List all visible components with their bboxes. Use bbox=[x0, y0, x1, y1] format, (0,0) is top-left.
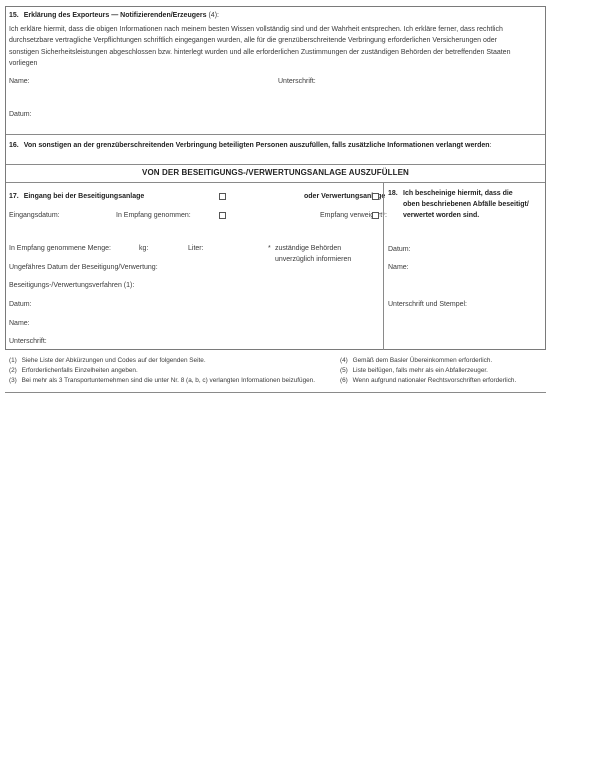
procedure-field[interactable]: Beseitigungs-/Verwertungsverfahren (1): bbox=[9, 280, 134, 291]
section-17-heading: 17. Eingang bei der Beseitigungsanlage bbox=[9, 191, 144, 202]
exporter-name-field[interactable]: Name: bbox=[9, 76, 30, 87]
colon: : bbox=[490, 142, 492, 149]
footnote-number: (5) bbox=[340, 367, 348, 374]
footnote-number: (4) bbox=[340, 357, 348, 364]
footnote-5: (5) Liste beifügen, falls mehr als ein A… bbox=[340, 366, 488, 376]
notice-line: unverzüglich informieren bbox=[275, 254, 351, 265]
footnote-number: (2) bbox=[9, 367, 17, 374]
exporter-signature-field[interactable]: Unterschrift: bbox=[278, 76, 316, 87]
footnote-number: (1) bbox=[9, 357, 17, 364]
notice-line: zuständige Behörden bbox=[275, 243, 351, 254]
receipt-date-field[interactable]: Eingangsdatum: bbox=[9, 210, 60, 221]
footnote-text: Liste beifügen, falls mehr als ein Abfal… bbox=[353, 367, 488, 374]
section-15-heading: 15. Erklärung des Exporteurs — Notifizie… bbox=[9, 10, 219, 21]
section-18-number: 18. bbox=[388, 188, 398, 199]
footnote-2: (2) Erforderlichenfalls Einzelheiten ang… bbox=[9, 366, 138, 376]
footnote-number: (3) bbox=[9, 377, 17, 384]
column-divider bbox=[383, 182, 384, 350]
declaration-line: vorliegen bbox=[9, 58, 541, 69]
footnote-text: Erforderlichenfalls Einzelheiten angeben… bbox=[22, 367, 138, 374]
section-16-heading: 16. Von sonstigen an der grenzüberschrei… bbox=[9, 140, 491, 151]
declaration-line: durchsetzbare vertragliche Verpflichtung… bbox=[9, 35, 541, 46]
signature-stamp-field[interactable]: Unterschrift und Stempel: bbox=[388, 299, 467, 310]
accepted-checkbox[interactable] bbox=[219, 212, 226, 219]
certification-line: Ich bescheinige hiermit, dass die bbox=[403, 188, 529, 199]
disposal-facility-checkbox[interactable] bbox=[219, 193, 226, 200]
footnote-text: Siehe Liste der Abkürzungen und Codes au… bbox=[22, 357, 206, 364]
section-15-note-ref: (4): bbox=[208, 12, 219, 19]
divider bbox=[6, 182, 545, 183]
certification-name-field[interactable]: Name: bbox=[388, 262, 409, 273]
bottom-rule bbox=[5, 392, 546, 393]
certification-date-field[interactable]: Datum: bbox=[388, 244, 411, 255]
section-17-title: Eingang bei der Beseitigungsanlage bbox=[24, 193, 145, 200]
divider bbox=[6, 164, 545, 165]
footnote-1: (1) Siehe Liste der Abkürzungen und Code… bbox=[9, 356, 206, 366]
footnote-3: (3) Bei mehr als 3 Transportunternehmen … bbox=[9, 376, 315, 386]
footnote-text: Gemäß dem Basler Übereinkommen erforderl… bbox=[353, 357, 493, 364]
section-16-number: 16. bbox=[9, 142, 19, 149]
facility-section-header: VON DER BESEITIGUNGS-/VERWERTUNGSANLAGE … bbox=[6, 168, 545, 177]
exporter-declaration: Ich erkläre hiermit, dass die obigen Inf… bbox=[9, 24, 541, 69]
section-16-title: Von sonstigen an der grenzüberschreitend… bbox=[24, 142, 490, 149]
certification-line: verwertet worden sind. bbox=[403, 210, 529, 221]
footnote-number: (6) bbox=[340, 377, 348, 384]
accepted-label: In Empfang genommen: bbox=[116, 210, 191, 221]
section-15-number: 15. bbox=[9, 12, 19, 19]
recovery-facility-checkbox[interactable] bbox=[372, 193, 379, 200]
asterisk-marker: * bbox=[268, 243, 271, 254]
certification-line: oben beschriebenen Abfälle beseitigt/ bbox=[403, 199, 529, 210]
exporter-date-field[interactable]: Datum: bbox=[9, 109, 32, 120]
footnote-6: (6) Wenn aufgrund nationaler Rechtsvorsc… bbox=[340, 376, 516, 386]
declaration-line: sonstigen Sicherheitsleistungen abgeschl… bbox=[9, 47, 541, 58]
rejected-checkbox[interactable] bbox=[372, 212, 379, 219]
footnote-text: Wenn aufgrund nationaler Rechtsvorschrif… bbox=[353, 377, 517, 384]
notify-authorities-note: zuständige Behörden unverzüglich informi… bbox=[275, 243, 351, 265]
kg-field[interactable]: kg: bbox=[139, 243, 148, 254]
quantity-received-label: In Empfang genommene Menge: bbox=[9, 243, 111, 254]
liter-field[interactable]: Liter: bbox=[188, 243, 204, 254]
section-18-certification: Ich bescheinige hiermit, dass die oben b… bbox=[403, 188, 529, 221]
declaration-line: Ich erkläre hiermit, dass die obigen Inf… bbox=[9, 24, 541, 35]
footnote-4: (4) Gemäß dem Basler Übereinkommen erfor… bbox=[340, 356, 492, 366]
form-frame: 15. Erklärung des Exporteurs — Notifizie… bbox=[5, 6, 546, 350]
facility-name-field[interactable]: Name: bbox=[9, 318, 30, 329]
facility-signature-field[interactable]: Unterschrift: bbox=[9, 336, 47, 347]
footnote-text: Bei mehr als 3 Transportunternehmen sind… bbox=[22, 377, 315, 384]
approx-disposal-date-field[interactable]: Ungefähres Datum der Beseitigung/Verwert… bbox=[9, 262, 158, 273]
facility-date-field[interactable]: Datum: bbox=[9, 299, 32, 310]
section-15-title: Erklärung des Exporteurs — Notifizierend… bbox=[24, 12, 207, 19]
section-17-number: 17. bbox=[9, 193, 19, 200]
divider bbox=[6, 134, 545, 135]
